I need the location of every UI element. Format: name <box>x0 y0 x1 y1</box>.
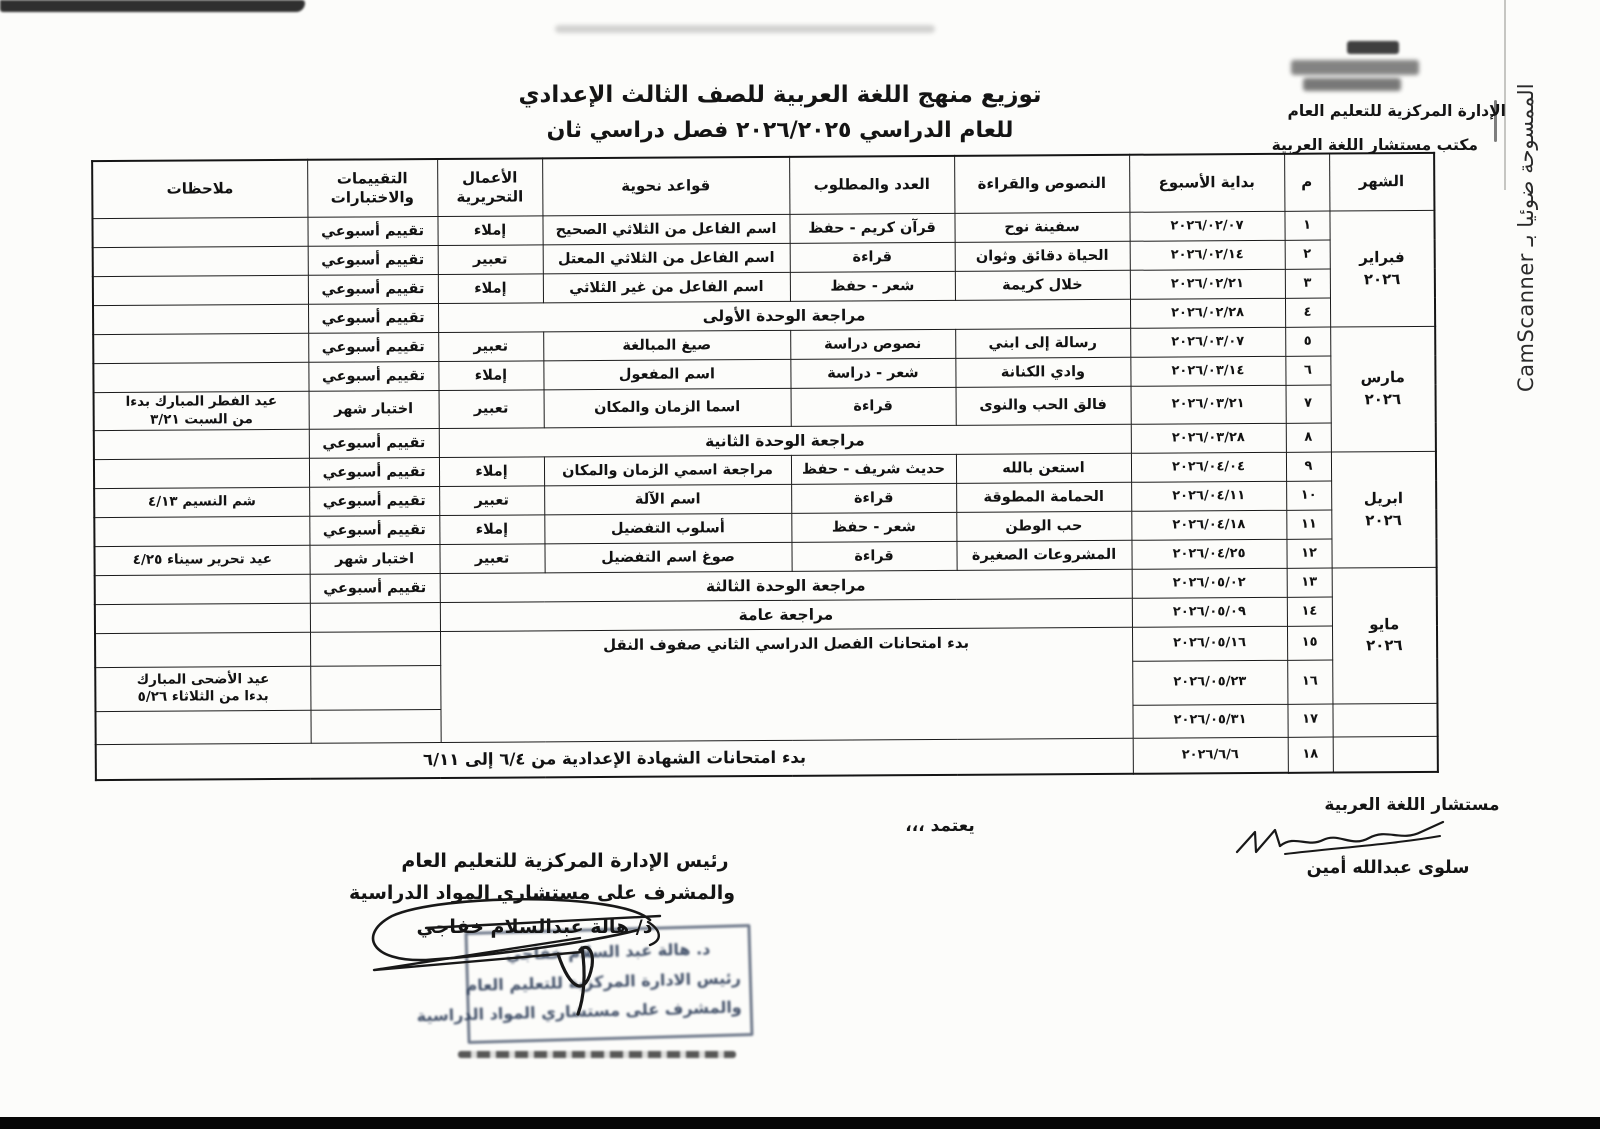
table-header: الشهرمبداية الأسبوعالنصوص والقراءةالعدد … <box>92 153 1434 219</box>
table-cell: تقييم أسبوعي <box>310 574 440 604</box>
header-row: الشهرمبداية الأسبوعالنصوص والقراءةالعدد … <box>92 153 1434 219</box>
table-cell: ١ <box>1284 211 1329 240</box>
table-cell: ٢٠٢٦/٠٤/٢٥ <box>1131 539 1286 569</box>
table-cell: ٢٠٢٦/٠٥/١٦ <box>1132 626 1287 660</box>
table-cell: اسما الزمان والمكان <box>544 388 791 428</box>
column-header: قواعد نحوية <box>542 157 789 216</box>
table-cell: ١٤ <box>1287 597 1332 626</box>
table-cell: اختبار شهر <box>309 545 439 575</box>
table-cell: تقييم أسبوعي <box>308 246 438 276</box>
table-cell: تقييم أسبوعي <box>309 458 439 488</box>
table-cell: خلال كريمة <box>955 270 1130 300</box>
table-cell: إملاء <box>438 361 543 391</box>
table-cell: مراجعة اسمي الزمان والمكان <box>544 455 791 486</box>
table-cell: ٦ <box>1285 356 1330 385</box>
scan-smudge-top-left <box>0 0 305 12</box>
table-cell <box>92 217 307 247</box>
table-cell: ٢٠٢٦/٠٢/٢٨ <box>1130 298 1285 328</box>
table-cell <box>1332 703 1437 737</box>
table-cell: شعر - دراسة <box>790 358 955 388</box>
table-cell: اسم المفعول <box>543 359 790 390</box>
table-cell: مايو ٢٠٢٦ <box>1332 567 1438 703</box>
table-cell: صوغ اسم التفضيل <box>544 542 791 573</box>
table-cell: ٢٠٢٦/٠٢/٢١ <box>1130 269 1285 299</box>
table-cell: صيغ المبالغة <box>543 330 790 361</box>
paper-edge-line <box>1504 0 1506 190</box>
table-cell: تعبير <box>439 486 544 516</box>
table-cell: ١٧ <box>1287 704 1332 738</box>
ministry-emblem-icon <box>1347 41 1399 54</box>
table-cell: إملاء <box>439 515 544 545</box>
table-cell: قرآن كريم - حفظ <box>789 213 954 243</box>
table-cell: اسم الفاعل من الثلاثي الصحيح <box>542 214 789 245</box>
table-cell: إملاء <box>437 216 542 246</box>
table-cell: الحمامة المطوقة <box>956 482 1131 512</box>
advisor-signature <box>1225 808 1455 868</box>
approve-label: يعتمد ،،، <box>880 816 1000 836</box>
table-cell: إملاء <box>439 457 544 487</box>
table-cell: تقييم أسبوعي <box>308 304 438 334</box>
chief-title-line-1: رئيس الإدارة المركزية للتعليم العام <box>345 850 785 872</box>
scanned-document-page: الممسوحة ضوئيا بـ CamScanner الإدارة الم… <box>0 0 1600 1129</box>
table-row: ١٨٢٠٢٦/٦/٦بدء امتحانات الشهادة الإعدادية… <box>96 736 1438 780</box>
table-cell: نصوص دراسة <box>790 329 955 359</box>
table-cell: قراءة <box>791 541 956 571</box>
table-cell: شم النسيم ٤/١٣ <box>94 487 309 517</box>
doc-title-line-2: للعام الدراسي ٢٠٢٦/٢٠٢٥ فصل دراسي ثان <box>420 118 1140 143</box>
table-cell: ٥ <box>1285 327 1330 356</box>
curriculum-table: الشهرمبداية الأسبوعالنصوص والقراءةالعدد … <box>91 152 1439 781</box>
table-cell: ٢٠٢٦/٠٤/٠٤ <box>1131 452 1286 482</box>
table-cell: تعبير <box>439 544 544 574</box>
table-cell: رسالة إلى ابني <box>955 328 1130 358</box>
table-cell: إملاء <box>438 274 543 304</box>
table-cell: عيد الفطر المبارك بدءا من السبت ٣/٢١ <box>94 391 309 430</box>
table-cell: ١٢ <box>1286 539 1331 568</box>
table-cell: تقييم أسبوعي <box>308 333 438 363</box>
table-cell <box>93 304 308 334</box>
table-cell: ٤ <box>1285 298 1330 327</box>
table-cell: ٢٠٢٦/٠٣/٢١ <box>1131 385 1286 424</box>
scan-smudge-top-center <box>555 25 935 33</box>
column-header: الشهر <box>1329 153 1434 211</box>
table-cell: قراءة <box>791 387 956 426</box>
table-cell: استعن بالله <box>956 453 1131 483</box>
table-cell: عيد الأضحى المبارك بدءا من الثلاثاء ٥/٢٦ <box>95 666 310 711</box>
table-cell: وادي الكنانة <box>955 357 1130 387</box>
ministry-emblem-banner <box>1303 78 1401 91</box>
table-cell: أسلوب التفضيل <box>544 513 791 544</box>
column-header: الأعمال التحريرية <box>437 158 542 216</box>
ministry-emblem-banner <box>1291 60 1419 75</box>
table-cell: ٢٠٢٦/٠٥/٢٣ <box>1132 660 1287 705</box>
table-cell: تقييم أسبوعي <box>309 429 439 459</box>
table-cell: ٢٠٢٦/٠٢/١٤ <box>1130 240 1285 270</box>
table-cell: ١١ <box>1286 510 1331 539</box>
table-cell <box>94 429 309 459</box>
table-cell <box>95 574 310 604</box>
table-cell: مراجعة الوحدة الأولى <box>438 299 1130 332</box>
table-cell: تقييم أسبوعي <box>308 361 438 391</box>
table-cell: ٢٠٢٦/٠٤/١١ <box>1131 481 1286 511</box>
table-cell <box>94 516 309 546</box>
table-cell: ١٠ <box>1286 481 1331 510</box>
table-cell: اسم الفاعل من غير الثلاثي <box>543 272 790 303</box>
column-header: العدد والمطلوب <box>789 156 954 215</box>
table-cell: المشروعات الصغيرة <box>956 540 1131 570</box>
table-cell <box>310 709 440 743</box>
table-cell: ٣ <box>1285 269 1330 298</box>
org-line-central-administration: الإدارة المركزية للتعليم العام <box>1287 102 1506 120</box>
table-cell: تقييم أسبوعي <box>309 516 439 546</box>
curriculum-table-wrapper: الشهرمبداية الأسبوعالنصوص والقراءةالعدد … <box>93 152 1439 781</box>
table-cell: ١٥ <box>1287 626 1332 660</box>
table-cell: فبراير ٢٠٢٦ <box>1329 210 1435 327</box>
column-header: النصوص والقراءة <box>954 155 1129 214</box>
table-cell: عيد تحرير سيناء ٤/٢٥ <box>94 545 309 575</box>
table-cell: حب الوطن <box>956 511 1131 541</box>
table-cell: تعبير <box>439 390 544 429</box>
table-cell: ابريل ٢٠٢٦ <box>1331 452 1437 569</box>
table-cell: قراءة <box>791 483 956 513</box>
chief-signature <box>330 878 790 1068</box>
table-cell: بدء امتحانات الشهادة الإعدادية من ٦/٤ إل… <box>96 738 1133 780</box>
table-cell: مراجعة الوحدة الثانية <box>439 424 1131 457</box>
table-cell: ٢٠٢٦/٠٥/٣١ <box>1132 704 1287 738</box>
table-cell: ١٦ <box>1287 660 1332 704</box>
table-cell: ١٨ <box>1288 737 1333 773</box>
table-cell: مارس ٢٠٢٦ <box>1330 326 1436 452</box>
table-cell: تعبير <box>438 332 543 362</box>
table-cell <box>310 603 440 633</box>
table-cell: ٧ <box>1286 385 1331 423</box>
table-cell <box>95 710 310 745</box>
table-cell <box>1333 736 1438 772</box>
table-cell: ٢٠٢٦/٠٣/١٤ <box>1130 356 1285 386</box>
table-cell <box>95 632 310 667</box>
table-cell <box>310 632 440 666</box>
table-cell <box>93 246 308 276</box>
table-cell: ٢٠٢٦/٠٢/٠٧ <box>1129 211 1284 241</box>
table-cell: اسم الآلة <box>544 484 791 515</box>
column-header: التقييمات والاختبارات <box>307 159 437 217</box>
table-cell: تعبير <box>438 245 543 275</box>
table-cell: تقييم أسبوعي <box>308 275 438 305</box>
table-cell <box>95 603 310 633</box>
table-cell: الحياة دقائق وثوان <box>955 241 1130 271</box>
table-cell: تقييم أسبوعي <box>309 487 439 517</box>
column-header: م <box>1284 154 1329 212</box>
table-cell: فالق الحب والنوى <box>956 386 1131 425</box>
table-cell <box>93 362 308 392</box>
scan-edge-band-bottom <box>0 1117 1600 1129</box>
table-cell <box>93 333 308 363</box>
table-cell <box>310 665 440 710</box>
table-cell: ٢٠٢٦/٠٤/١٨ <box>1131 510 1286 540</box>
table-cell: ٢٠٢٦/٠٥/٠٩ <box>1132 597 1287 627</box>
camscanner-watermark: الممسوحة ضوئيا بـ CamScanner <box>1514 83 1538 392</box>
table-cell <box>93 275 308 305</box>
table-cell: مراجعة الوحدة الثالثة <box>440 569 1132 602</box>
table-cell: تقييم أسبوعي <box>307 217 437 247</box>
table-cell: شعر - حفظ <box>790 271 955 301</box>
table-cell: ٢ <box>1285 240 1330 269</box>
table-cell: اختبار شهر <box>309 390 439 429</box>
table-cell: ٢٠٢٦/٠٣/٠٧ <box>1130 327 1285 357</box>
table-cell: بدء امتحانات الفصل الدراسي الثاني صفوف ا… <box>440 627 1133 742</box>
table-cell: ٨ <box>1286 423 1331 452</box>
table-cell: اسم الفاعل من الثلاثي المعتل <box>543 243 790 274</box>
table-cell: ٢٠٢٦/٦/٦ <box>1133 737 1288 773</box>
table-cell: سفينة نوح <box>954 212 1129 242</box>
table-body: فبراير ٢٠٢٦١٢٠٢٦/٠٢/٠٧سفينة نوحقرآن كريم… <box>92 210 1437 780</box>
column-header: بداية الأسبوع <box>1129 154 1284 212</box>
table-cell: قراءة <box>790 242 955 272</box>
table-cell: مراجعة عامة <box>440 598 1132 631</box>
doc-title-line-1: توزيع منهج اللغة العربية للصف الثالث الإ… <box>420 82 1140 108</box>
table-cell: ٢٠٢٦/٠٣/٢٨ <box>1131 423 1286 453</box>
table-cell <box>94 458 309 488</box>
table-cell: شعر - حفظ <box>791 512 956 542</box>
table-cell: حديث شريف - حفظ <box>791 454 956 484</box>
table-cell: ١٣ <box>1287 568 1332 597</box>
table-cell: ٩ <box>1286 452 1331 481</box>
table-cell: ٢٠٢٦/٠٥/٠٢ <box>1132 568 1287 598</box>
column-header: ملاحظات <box>92 160 307 219</box>
